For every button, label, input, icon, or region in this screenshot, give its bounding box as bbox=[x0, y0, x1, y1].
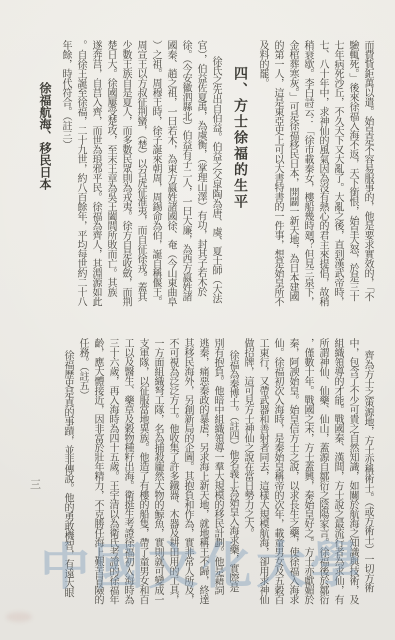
text-column: 周宣王以方叔征荆蠻，（楚）以召虎征淮夷，而自征徐戎。蓋其 bbox=[133, 40, 148, 340]
text-column: 而費貲鉅萬以遣。始皇是不容易服事的，他是要求實效的，「不 bbox=[360, 40, 375, 340]
top-text-block: 而費貲鉅萬以遣。始皇是不容易服事的，他是要求實效的，「不 驗輒死。」後來徐福入海… bbox=[37, 40, 375, 340]
text-column: 及料的罷。 bbox=[255, 40, 270, 340]
text-column: 七年病死沙丘，不久天下又大亂了。大亂之後，直到漢武帝時， bbox=[330, 40, 345, 340]
text-column: 金棺葬寒灰。」可是徐福移民日本，開闢一新天地，為日本建國 bbox=[285, 40, 300, 340]
text-column: 年餘，時代符合。（註三） bbox=[58, 40, 73, 340]
text-column: 楚日大。徐國屢受楚攻，至末王章為吳王闔閭所敗而亡。其族 bbox=[103, 40, 118, 340]
text-column: 的第一人，這是東亞史上可以大書特書的一件事，想是始皇所不 bbox=[270, 40, 285, 340]
text-column: 少數王族自是夏人，而多數民眾則為戎夷。徐方自是收斂，而荆 bbox=[118, 40, 133, 340]
text-column: 遂奔莒，自莒入齊，而世為琅邪平民。徐福為齊人，其淵源如此 bbox=[88, 40, 103, 340]
text-column: ）之祖。周穆王時，徐子誕來朝周，周錫命為伯，誕自稱偃王。 bbox=[148, 40, 163, 340]
section-subheading: 徐福航海、移民日本 bbox=[37, 40, 52, 340]
text-column: 國秦、趙之祖，一曰若木，為東方嬴姓諸國徐、奄（今山東曲阜 bbox=[163, 40, 178, 340]
text-column: 。自徐王誕至徐福，二十九世，約八百餘年，平均每世約二十八 bbox=[73, 40, 88, 340]
text-column: 驗輒死。」後來徐福入海不返，天下銜恨，始皇大怒，於是三十 bbox=[345, 40, 360, 340]
scanned-book-page: 而費貲鉅萬以遣。始皇是不容易服事的，他是要求實效的，「不 驗輒死。」後來徐福入海… bbox=[0, 0, 395, 640]
paper-smudge bbox=[6, 612, 32, 622]
text-column: 官），伯益佐夏禹，為虞衡，（掌理山澤）有功，封其子若木於 bbox=[193, 40, 208, 340]
text-column: 徐。（今安徽泗縣北）伯益有子二人，一曰大廉，為西方嬴姓諸 bbox=[178, 40, 193, 340]
text-column: 稍衰歇。李白詩云：「徐市載秦女，樓船幾時廻？但見三泉下， bbox=[300, 40, 315, 340]
university-watermark: 中國文化大學 bbox=[40, 524, 386, 599]
section-heading: 四、方士徐福的生平 bbox=[230, 40, 248, 340]
page-number: 三 bbox=[30, 476, 41, 492]
text-column: 七、八十年中，求神仙的風氣因為沒有熱心的君主來提倡，故稍 bbox=[315, 40, 330, 340]
text-column: 徐氏之先出自伯益。伯益之父皐陶為唐、虞、夏士師（大法 bbox=[208, 40, 223, 340]
